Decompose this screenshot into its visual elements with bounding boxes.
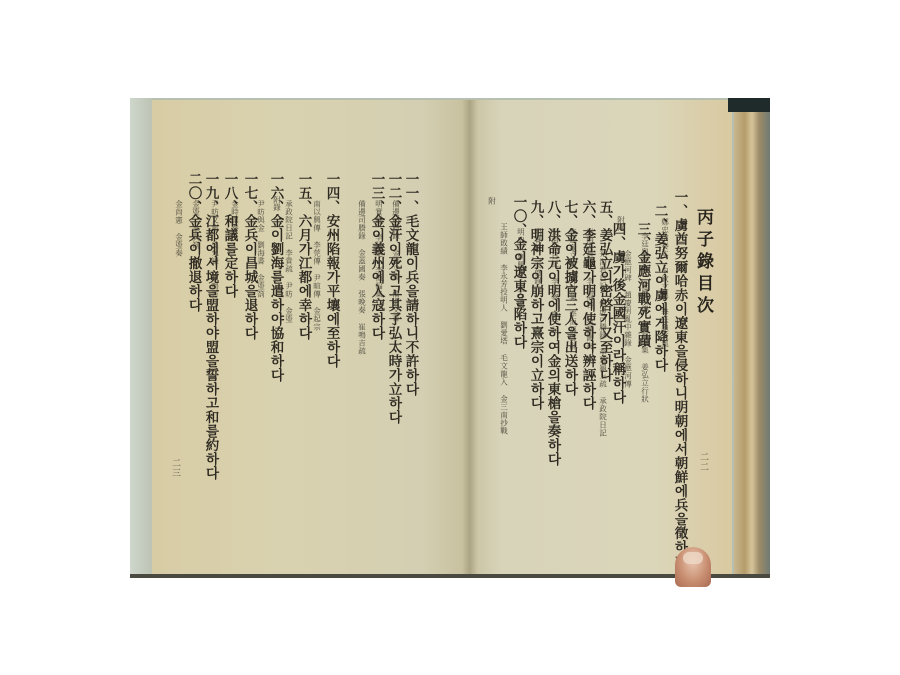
toc-entry: 一〇、金이遼東을陷하다 — [511, 195, 525, 349]
toc-entry-sources: 尹昉與金劉海書金瑬箚 — [257, 200, 265, 307]
book-left-edge — [130, 98, 152, 576]
toc-entry-sources: 南以興傳李莞傳尹暄傳金起宗 — [313, 200, 321, 340]
toc-entry: 一四、安州陷報가平壤에至하다 — [324, 172, 338, 368]
toc-entry: 一三、金이義州에入寇하다 — [369, 172, 383, 340]
toc-entry-sources: 承政院日記李貴疏尹昉金瑬 — [285, 200, 293, 332]
toc-entry: 六、李廷龜가明에使하야辨誣하다 — [580, 200, 594, 410]
toc-entry: 一九、江都에서境을盟하야盟을誓하고和를約하다 — [203, 172, 217, 480]
left-page-number: 二三 — [170, 458, 179, 478]
toc-title: 丙子錄目次 — [694, 208, 711, 318]
toc-entry: 七、金이被擄官三人을出送하다 — [562, 200, 576, 396]
thumb-nail — [683, 552, 703, 564]
book-binding — [734, 98, 770, 576]
toc-entry: 二〇、金兵이撤退하다 — [186, 172, 200, 312]
toc-entry: 一一、毛文龍이兵을請하니不許하다 — [403, 172, 417, 396]
book-cover-edge — [728, 98, 770, 112]
toc-entry: 一七、金兵이昌城을退하다 — [242, 172, 256, 340]
bottom-shadow — [130, 574, 770, 578]
right-page-number: 二二 — [698, 452, 707, 472]
toc-entry-sources: 備邊司謄錄金蓋國奏張晩奏崔鳴吉疏 — [358, 200, 366, 364]
toc-entry: 一六、金이劉海를遣하야協和하다 — [268, 172, 282, 382]
toc-entry: 五、姜弘立의密啓가又至하다 — [597, 200, 611, 382]
toc-entry: 九、明神宗이崩하고熹宗이立하다 — [528, 200, 542, 410]
toc-entry: 一五、六月가江都에幸하다 — [296, 172, 310, 340]
section-label-attached: 附 — [488, 197, 496, 205]
toc-entry: 八、洪命元이明에使하여金의東槍을奏하다 — [545, 200, 559, 466]
book-gutter — [462, 100, 478, 576]
toc-entry: 一二、金汗이死하고其子弘太時가立하다 — [386, 172, 400, 424]
toc-entry-sources: 王師敗績李永芳投明人劉愛塔毛文龍入金三南抄戰 — [500, 223, 508, 444]
toc-entry: 二、姜弘立이虜에게降하다 — [652, 204, 666, 372]
toc-entry: 三、金應河戰死實蹟 — [635, 222, 649, 348]
toc-entry: 一八、和議를定하다 — [222, 172, 236, 298]
toc-entry: 一、虜酋努爾哈赤이遼東을侵하니明朝에서朝鮮에兵을徵하다 — [672, 190, 686, 568]
toc-entry-sources: 金尙憲金瑬奏 — [175, 200, 183, 266]
